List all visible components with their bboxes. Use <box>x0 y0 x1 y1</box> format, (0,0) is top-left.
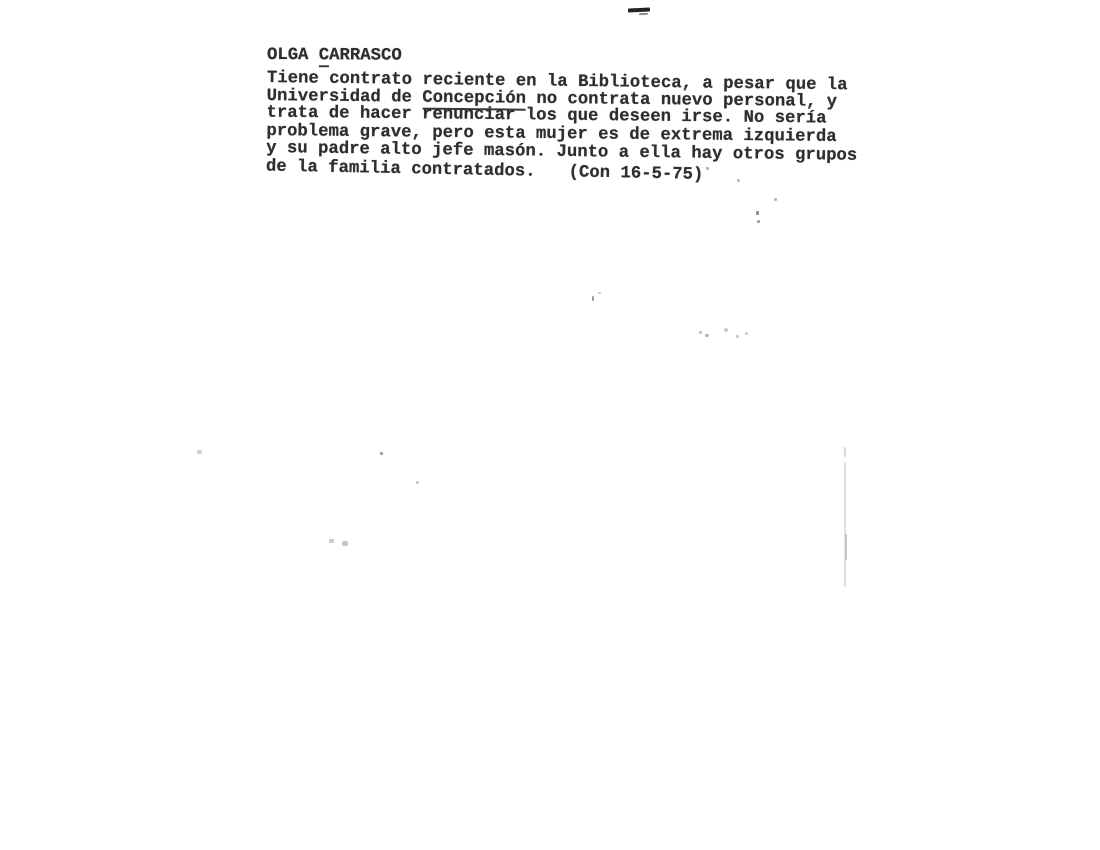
title-underlined-letter: C <box>319 46 329 67</box>
title-text: OLGA <box>267 46 319 65</box>
scan-artifact <box>844 462 846 587</box>
scan-artifact <box>592 296 594 301</box>
scanned-document-page: OLGA CARRASCO Tiene contrato reciente en… <box>0 0 1100 850</box>
date-annotation: (Con 16-5-75) <box>568 163 703 185</box>
scan-artifact <box>699 331 702 334</box>
scan-artifact <box>380 452 383 455</box>
scan-artifact <box>757 220 760 223</box>
title-text: ARRASCO <box>329 46 402 65</box>
scan-artifact <box>416 481 419 484</box>
typewritten-text-block: OLGA CARRASCO Tiene contrato reciente en… <box>267 47 858 175</box>
scan-artifact <box>724 328 728 332</box>
scan-artifact <box>329 539 334 543</box>
scan-artifact <box>844 447 846 457</box>
scan-artifact <box>639 13 648 15</box>
scan-artifact <box>628 7 650 12</box>
document-title: OLGA CARRASCO <box>267 47 858 67</box>
scan-artifact <box>197 450 202 454</box>
scan-artifact <box>736 335 739 338</box>
paragraph: Tiene contrato reciente en la Biblioteca… <box>266 70 858 182</box>
scan-artifact <box>756 211 759 215</box>
scan-artifact <box>342 541 348 546</box>
scan-artifact <box>745 332 748 335</box>
scan-artifact <box>774 198 777 201</box>
scan-artifact <box>845 534 847 560</box>
scan-artifact <box>598 292 601 294</box>
scan-artifact <box>705 334 709 337</box>
